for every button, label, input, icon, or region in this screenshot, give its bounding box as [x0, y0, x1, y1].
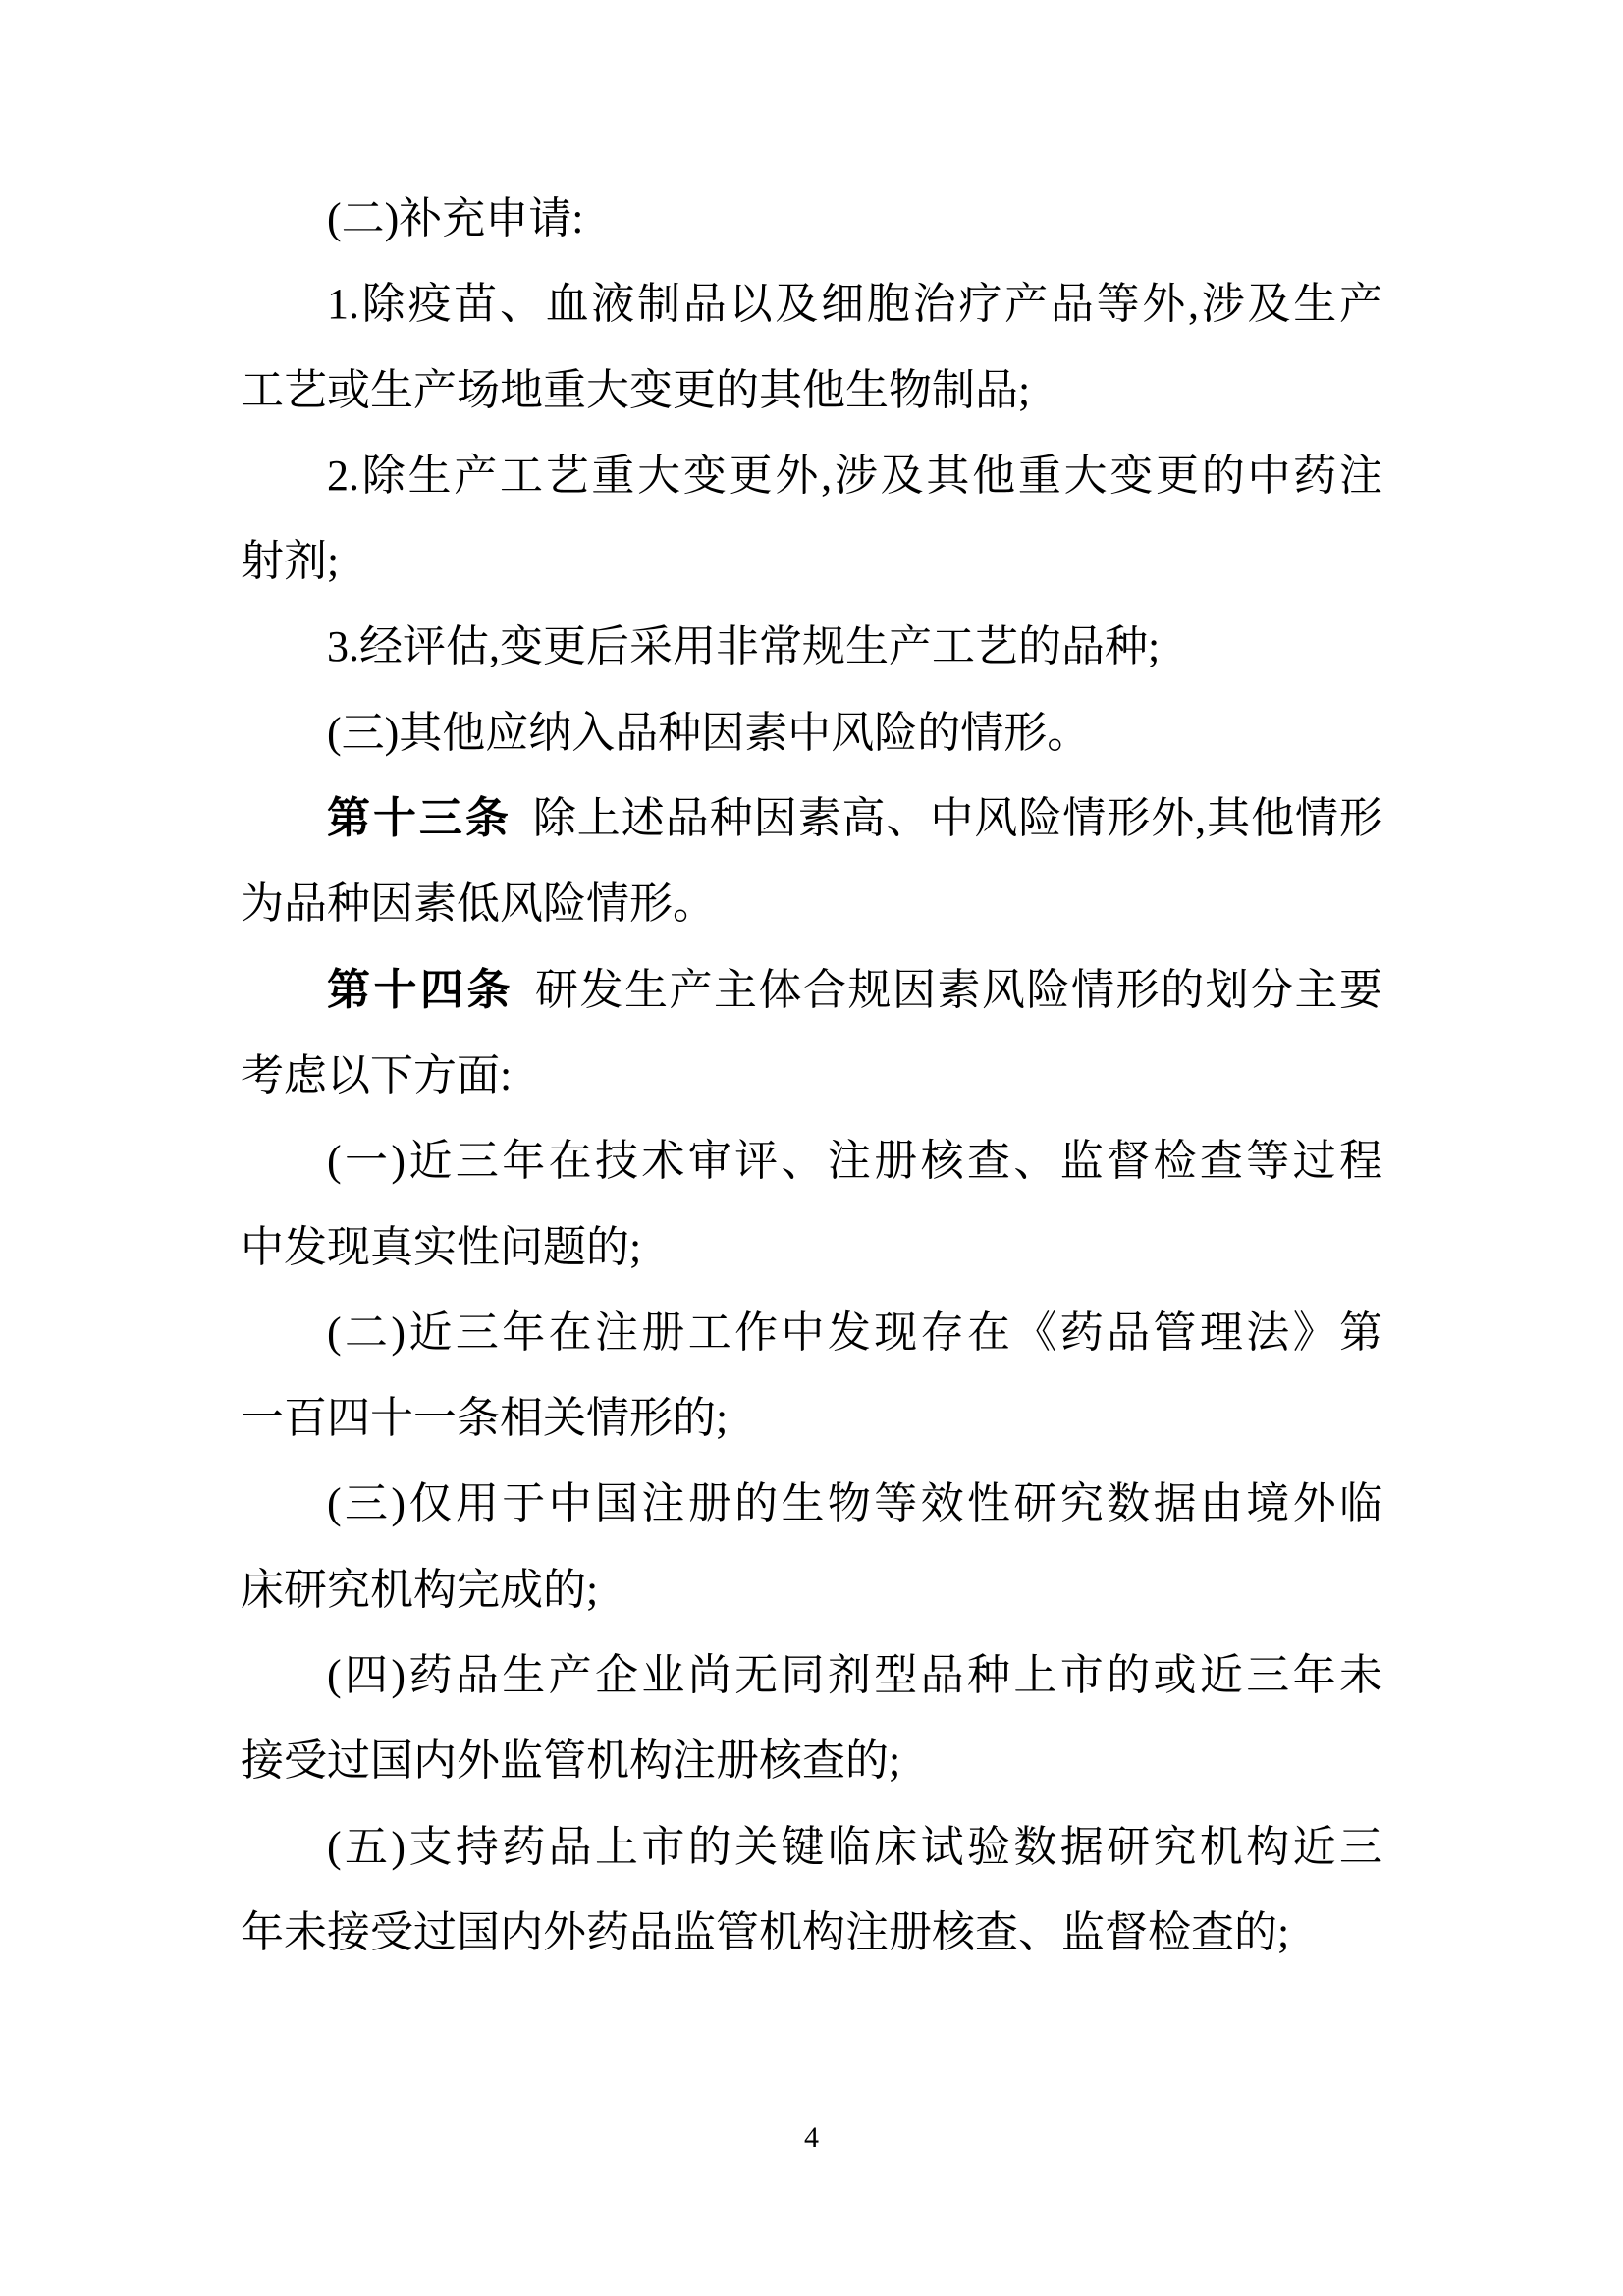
line-text: 工艺或生产场地重大变更的其他生物制品; [241, 366, 1030, 414]
text-line: 3.经评估,变更后采用非常规生产工艺的品种; [241, 604, 1382, 689]
line-text: 2.除生产工艺重大变更外,涉及其他重大变更的中药注 [327, 452, 1382, 500]
text-line: (一)近三年在技术审评、注册核查、监督检查等过程 [241, 1118, 1382, 1203]
text-line: 第十四条研发生产主体合规因素风险情形的划分主要 [241, 947, 1382, 1033]
line-text: (三)其他应纳入品种因素中风险的情形。 [327, 709, 1090, 757]
line-text: 1.除疫苗、血液制品以及细胞治疗产品等外,涉及生产 [327, 280, 1382, 328]
line-text: 一百四十一条相关情形的; [241, 1394, 728, 1442]
text-line: 为品种因素低风险情形。 [241, 861, 1382, 946]
line-text: 射剂; [241, 537, 339, 585]
text-line: (三)仅用于中国注册的生物等效性研究数据由境外临 [241, 1461, 1382, 1546]
text-line: 中发现真实性问题的; [241, 1204, 1382, 1290]
text-line: 接受过国内外监管机构注册核查的; [241, 1718, 1382, 1803]
line-text: 考虑以下方面: [241, 1051, 512, 1099]
text-line: (四)药品生产企业尚无同剂型品种上市的或近三年未 [241, 1632, 1382, 1718]
text-line: 床研究机构完成的; [241, 1547, 1382, 1632]
line-text: 除上述品种因素高、中风险情形外,其他情形 [533, 794, 1382, 842]
line-text: (二)近三年在注册工作中发现存在《药品管理法》第 [327, 1308, 1382, 1357]
line-text: (一)近三年在技术审评、注册核查、监督检查等过程 [327, 1137, 1382, 1185]
text-line: 1.除疫苗、血液制品以及细胞治疗产品等外,涉及生产 [241, 261, 1382, 347]
text-line: (三)其他应纳入品种因素中风险的情形。 [241, 690, 1382, 775]
text-line: 考虑以下方面: [241, 1033, 1382, 1118]
line-text: (三)仅用于中国注册的生物等效性研究数据由境外临 [327, 1479, 1382, 1527]
text-line: (二)近三年在注册工作中发现存在《药品管理法》第 [241, 1290, 1382, 1375]
document-page: (二)补充申请:1.除疫苗、血液制品以及细胞治疗产品等外,涉及生产工艺或生产场地… [0, 0, 1623, 2296]
document-body: (二)补充申请:1.除疫苗、血液制品以及细胞治疗产品等外,涉及生产工艺或生产场地… [241, 176, 1382, 1975]
text-line: (五)支持药品上市的关键临床试验数据研究机构近三 [241, 1804, 1382, 1890]
text-line: 一百四十一条相关情形的; [241, 1375, 1382, 1461]
text-line: 第十三条除上述品种因素高、中风险情形外,其他情形 [241, 775, 1382, 861]
line-text: 3.经评估,变更后采用非常规生产工艺的品种; [327, 622, 1160, 670]
page-number: 4 [0, 2118, 1623, 2158]
text-line: (二)补充申请: [241, 176, 1382, 261]
line-text: 研发生产主体合规因素风险情形的划分主要 [535, 966, 1382, 1014]
text-line: 射剂; [241, 518, 1382, 604]
line-text: 为品种因素低风险情形。 [241, 880, 716, 928]
article-number: 第十三条 [327, 794, 512, 842]
line-text: 接受过国内外监管机构注册核查的; [241, 1736, 900, 1785]
article-number: 第十四条 [327, 966, 514, 1014]
line-text: 年未接受过国内外药品监管机构注册核查、监督检查的; [241, 1908, 1289, 1956]
line-text: (四)药品生产企业尚无同剂型品种上市的或近三年未 [327, 1651, 1382, 1699]
line-text: 床研究机构完成的; [241, 1566, 598, 1614]
text-line: 年未接受过国内外药品监管机构注册核查、监督检查的; [241, 1890, 1382, 1975]
text-line: 2.除生产工艺重大变更外,涉及其他重大变更的中药注 [241, 433, 1382, 518]
line-text: 中发现真实性问题的; [241, 1223, 641, 1271]
line-text: (五)支持药品上市的关键临床试验数据研究机构近三 [327, 1823, 1382, 1871]
text-line: 工艺或生产场地重大变更的其他生物制品; [241, 347, 1382, 433]
line-text: (二)补充申请: [327, 194, 584, 242]
